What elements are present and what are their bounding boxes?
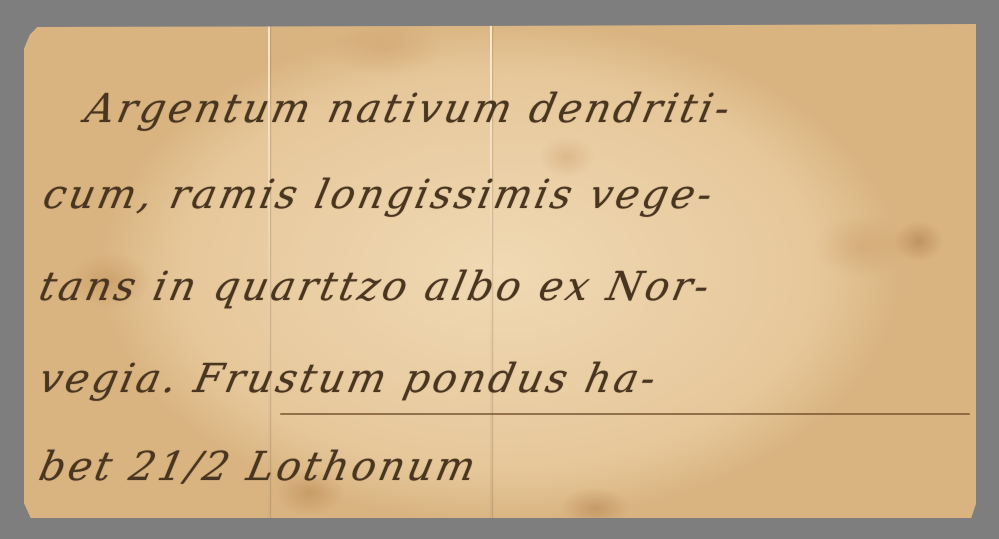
text-line-5: bet 21/2 Lothonum (35, 444, 482, 490)
text-line-1: Argentum nativum dendriti- (81, 86, 737, 132)
text-line-3: tans in quarttzo albo ex Nor- (35, 264, 716, 310)
manuscript-paper: Argentum nativum dendriti- cum, ramis lo… (24, 24, 976, 518)
text-line-2: cum, ramis longissimis vege- (39, 172, 719, 218)
underline-rule (280, 413, 970, 415)
text-line-4: vegia. Frustum pondus ha- (35, 356, 663, 402)
